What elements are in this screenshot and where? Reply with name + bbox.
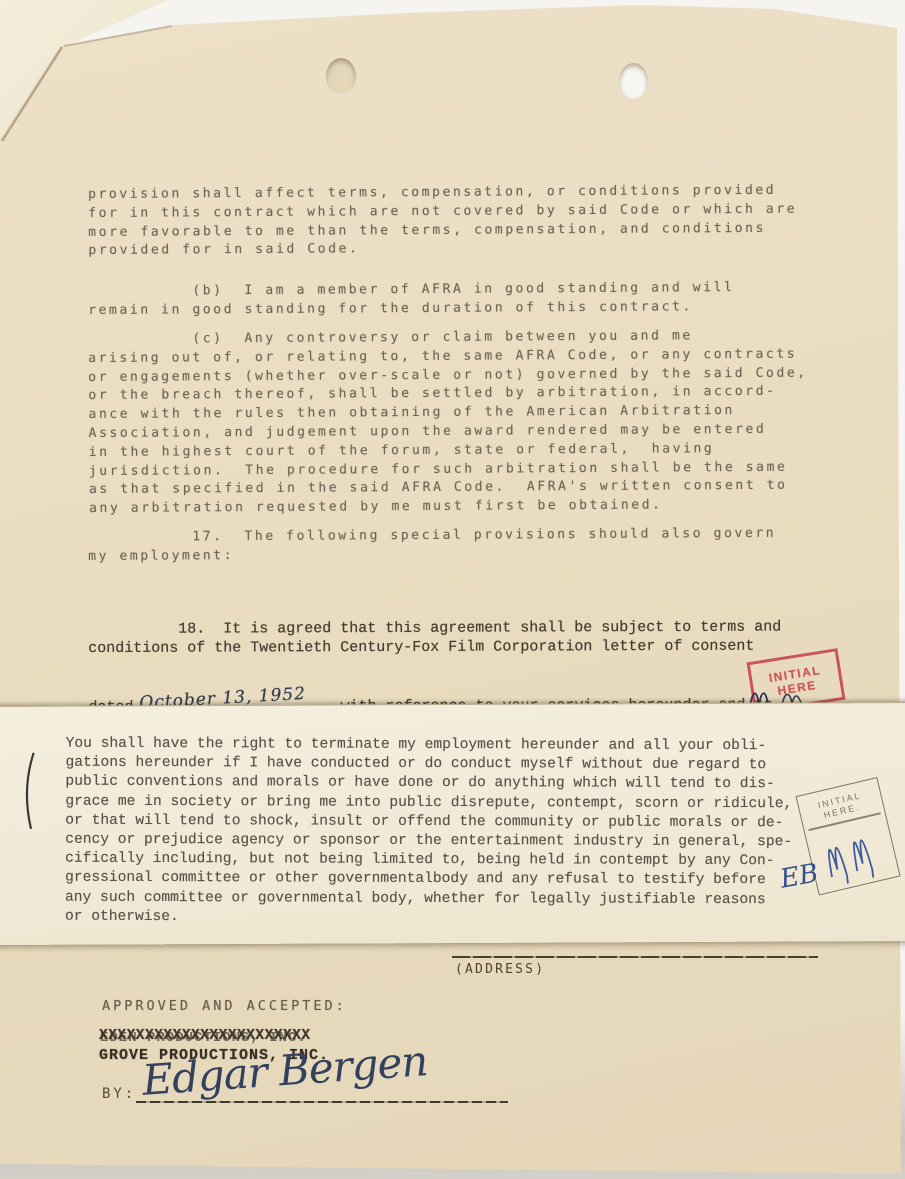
address-label: (ADDRESS) — [455, 962, 545, 977]
clause-c: (c) Any controversy or claim between you… — [88, 327, 809, 519]
margin-pen-mark — [20, 751, 42, 831]
handwritten-mm-initials — [815, 816, 890, 891]
rider-slip-text: You shall have the right to terminate my… — [65, 735, 793, 930]
eb-ink-mark: EB — [778, 858, 821, 894]
paragraph-continuation: provision shall affect terms, compensati… — [88, 182, 797, 262]
clause-b: (b) I am a member of AFRA in good standi… — [88, 279, 735, 321]
address-rule-line — [452, 956, 818, 958]
rider-slip: You shall have the right to terminate my… — [0, 702, 905, 945]
clause-18-lines-before: 18. It is agreed that this agreement sha… — [88, 617, 808, 658]
strike-overlay-x: XXXXXXXXXXXXXXXXXXXXXXX — [99, 1028, 311, 1044]
approved-accepted-label: APPROVED AND ACCEPTED: — [102, 998, 347, 1014]
clause-17: 17. The following special provisions sho… — [88, 525, 776, 567]
by-label: BY: — [102, 1086, 136, 1102]
punch-hole-left — [326, 58, 356, 95]
contract-page: provision shall affect terms, compensati… — [0, 0, 905, 1179]
punch-hole-right — [619, 63, 648, 99]
